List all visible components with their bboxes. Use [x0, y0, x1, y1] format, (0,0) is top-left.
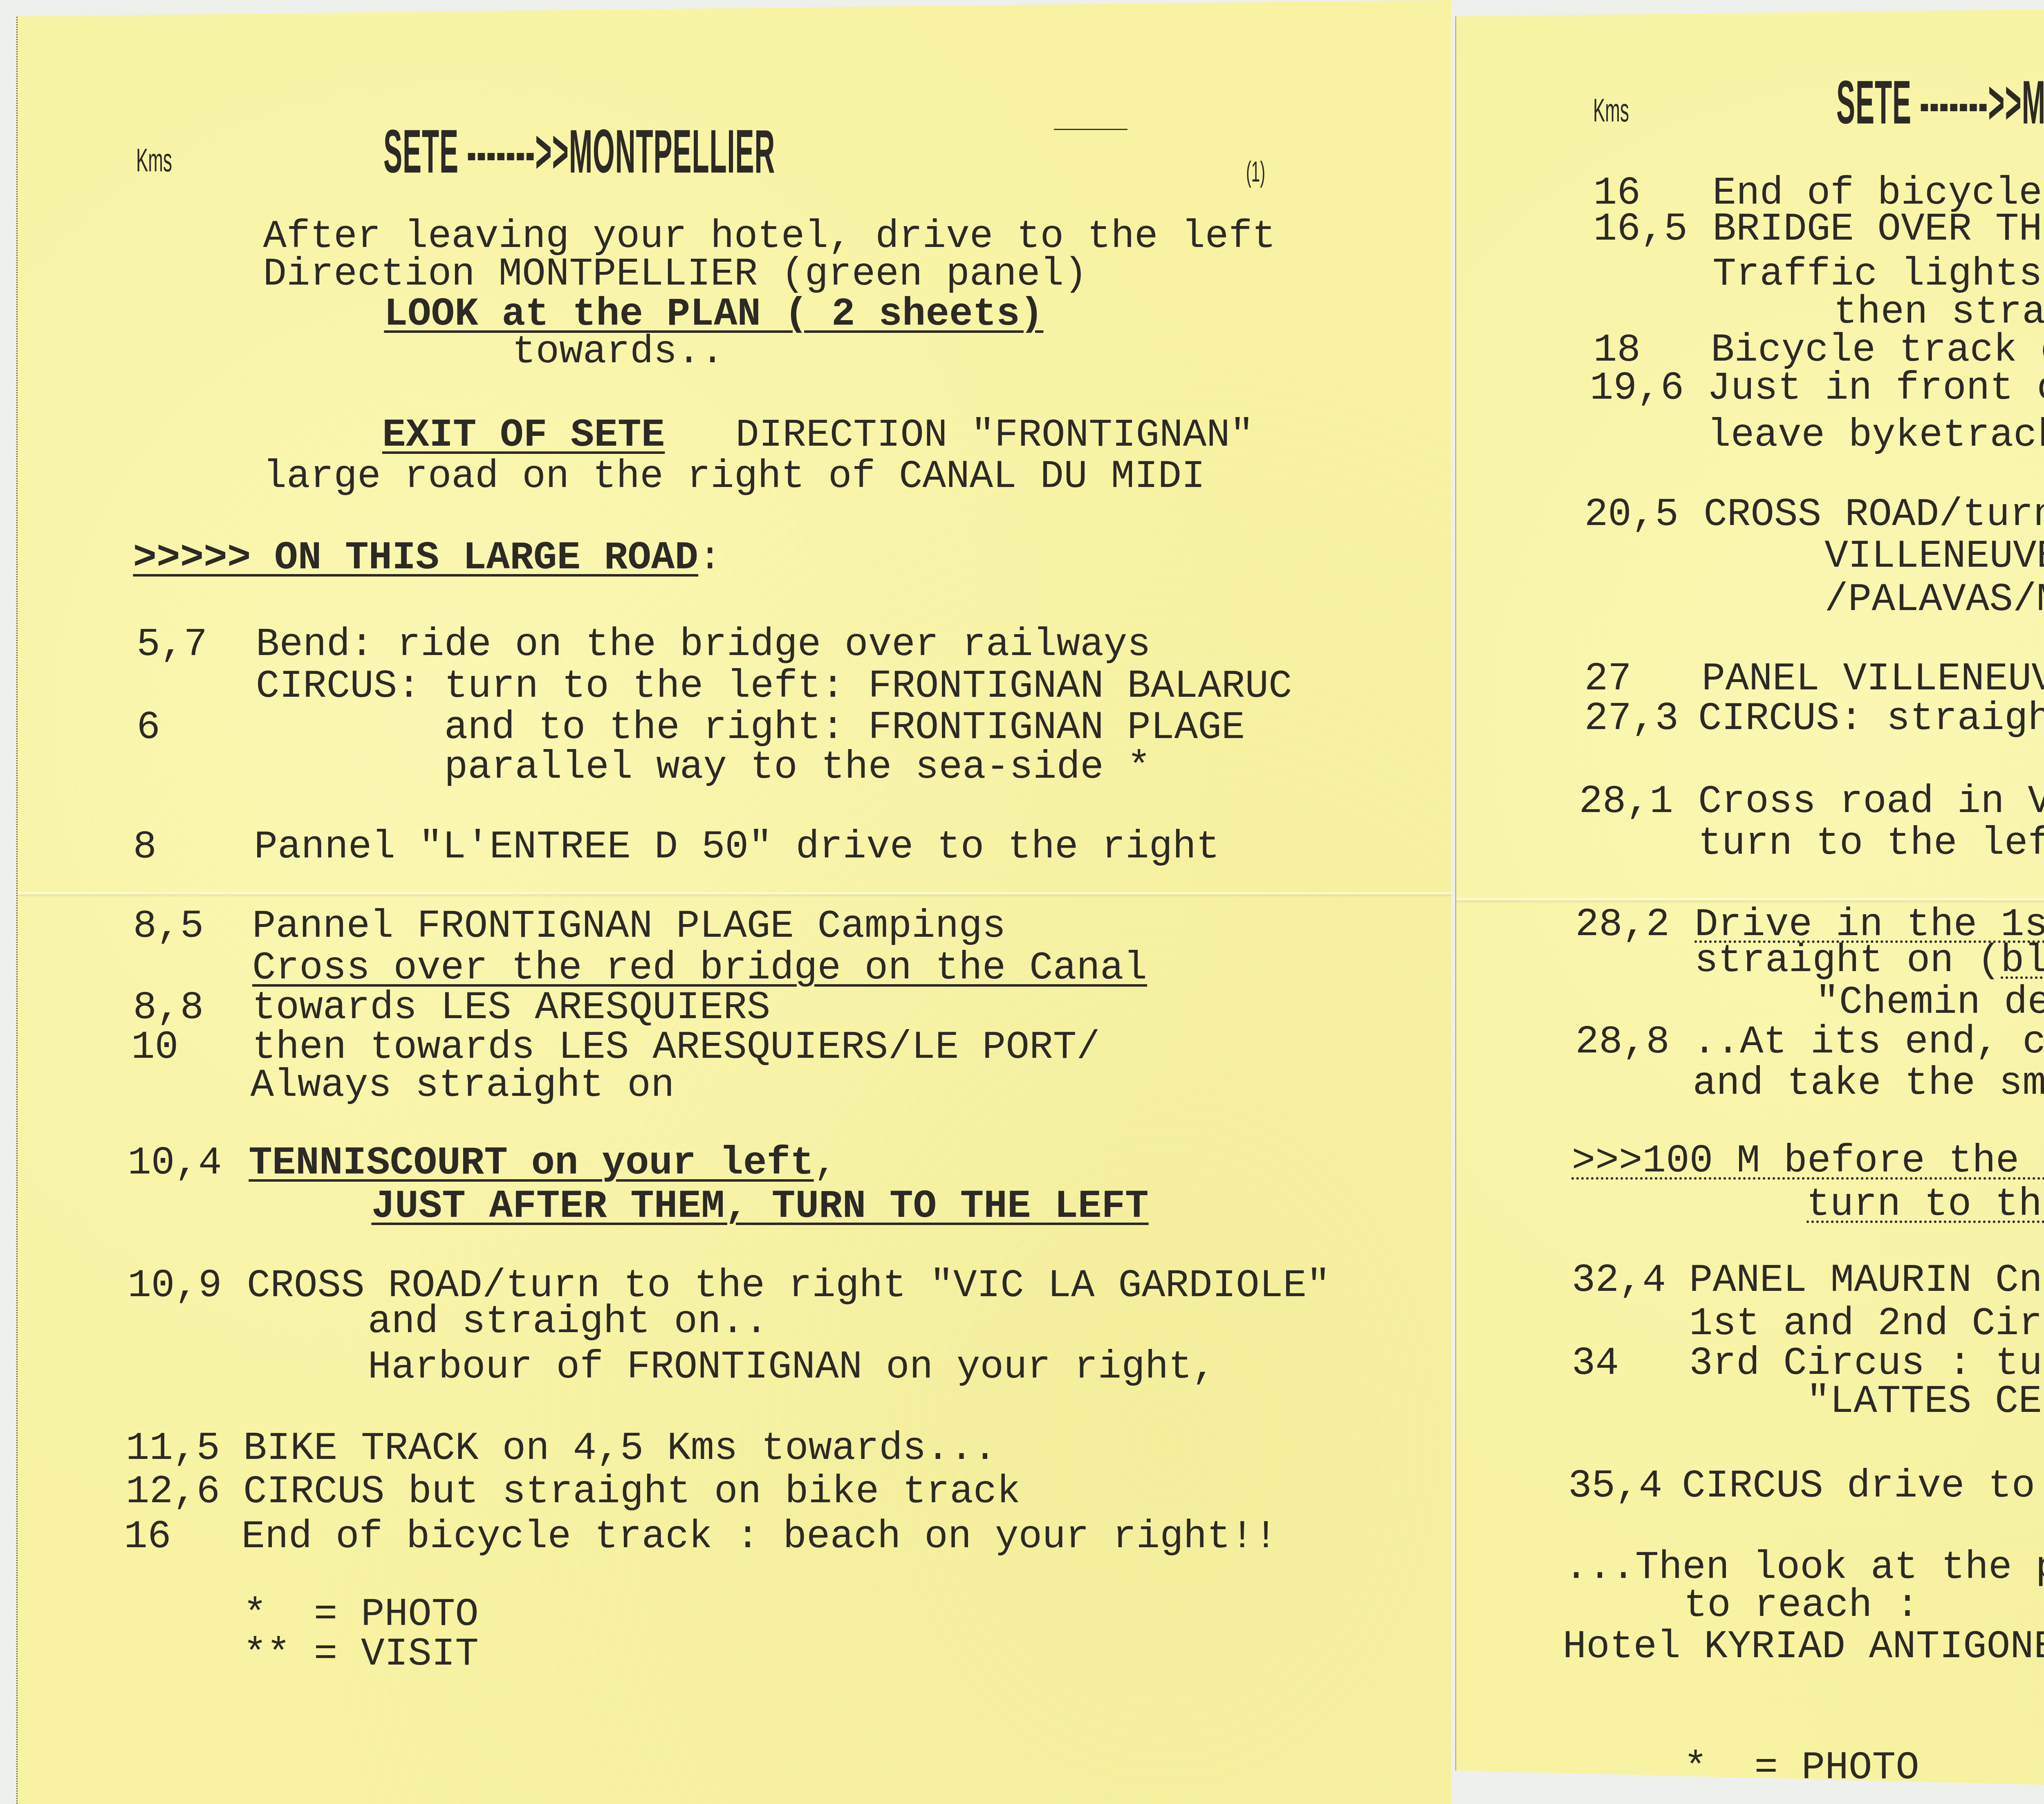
- direction-line: and take the small road just in front: [1693, 1064, 2044, 1103]
- direction-line: Traffic lights: cross over the bridge *: [1712, 255, 2044, 294]
- direction-text: "LATTES CENTRE""Gendarmerie": [1806, 1379, 2044, 1424]
- direction-line: Cross road in VILLENEUVE LES MAGUELONNE:: [1698, 782, 2044, 821]
- kms-column-label: Kms: [1593, 94, 1629, 127]
- direction-line: Pannel FRONTIGNAN PLAGE Campings: [252, 907, 1006, 946]
- direction-text: CIRCUS but straight on bike track: [243, 1470, 1020, 1514]
- direction-text: VILLENEUVE LES MAGUELONNE: [1824, 534, 2044, 579]
- directions-sheet-2: Kms SETE ------->>MONTPELLIER (2) 16End …: [1455, 0, 2044, 1804]
- direction-line: CIRCUS but straight on bike track: [243, 1472, 1020, 1512]
- direction-text: Pannel "L'ENTREE D 50" drive to the righ…: [254, 825, 1219, 869]
- direction-line: TENNISCOURT on your left,: [249, 1144, 837, 1183]
- direction-text: BIKE TRACK on 4,5 Kms towards...: [243, 1426, 997, 1471]
- direction-text: leave byketrack to drive on the right: [1707, 413, 2044, 458]
- direction-line: turn to the right >> MAURIN: [1806, 1185, 2044, 1224]
- km-marker: 10: [131, 1028, 178, 1067]
- direction-line: EXIT OF SETE DIRECTION "FRONTIGNAN": [382, 416, 1254, 455]
- direction-line: 3rd Circus : turn to the right :: [1689, 1344, 2044, 1383]
- direction-text: CIRCUS: straight on: [1698, 696, 2044, 741]
- direction-line: VILLENEUVE LES MAGUELONNE: [1824, 537, 2044, 576]
- direction-line: then towards LES ARESQUIERS/LE PORT/: [252, 1028, 1100, 1067]
- direction-line: BIKE TRACK on 4,5 Kms towards...: [243, 1429, 997, 1468]
- direction-text: towards LES ARESQUIERS: [252, 985, 770, 1030]
- km-marker: 11,5: [126, 1429, 220, 1468]
- direction-text: TENNISCOURT on your left: [249, 1141, 814, 1185]
- direction-line: Pannel "L'ENTREE D 50" drive to the righ…: [254, 828, 1219, 867]
- direction-line: JUST AFTER THEM, TURN TO THE LEFT: [371, 1187, 1148, 1226]
- km-marker: 34: [1572, 1344, 1619, 1383]
- direction-line: "LATTES CENTRE""Gendarmerie": [1806, 1382, 2044, 1421]
- direction-text: Always straight on: [251, 1063, 675, 1108]
- direction-text: to reach :: [1684, 1583, 1919, 1628]
- direction-line: Bicycle track on your left: use it !!: [1711, 331, 2044, 370]
- direction-line: Cross over the red bridge on the Canal: [252, 949, 1147, 988]
- direction-line: * = PHOTO: [1684, 1748, 1919, 1788]
- direction-text: and to the right: FRONTIGNAN PLAGE: [256, 705, 1245, 750]
- pen-mark: [1054, 129, 1127, 130]
- km-marker: 19,6: [1590, 369, 1684, 408]
- direction-line: parallel way to the sea-side *: [256, 748, 1151, 787]
- km-marker: 18: [1594, 331, 1641, 370]
- direction-line: Hotel KYRIAD ANTIGONE: [1563, 1627, 2044, 1667]
- km-marker: 5,7: [137, 625, 207, 664]
- km-marker: 16,5: [1594, 210, 1688, 249]
- direction-text: /PALAVAS/MIREVAL always straight on: [1824, 577, 2044, 622]
- page-title: SETE ------->>MONTPELLIER: [1836, 72, 2044, 133]
- direction-line: LOOK at the PLAN ( 2 sheets): [384, 295, 1043, 334]
- direction-text: * = PHOTO: [1684, 1746, 1919, 1790]
- direction-text: BRIDGE OVER THE CANAL DU MIDI/: [1712, 207, 2044, 251]
- direction-line: After leaving your hotel, drive to the l…: [263, 217, 1275, 256]
- direction-line: CIRCUS: straight on: [1698, 699, 2044, 738]
- direction-line: CIRCUS drive to the right "LATTES CENTRE…: [1682, 1467, 2044, 1506]
- direction-text: >>>100 M before the pannel STOP/ !! :: [1572, 1139, 2044, 1183]
- direction-text: PANEL MAURIN Cne de LATTES: [1689, 1258, 2044, 1303]
- direction-text: Harbour of FRONTIGNAN on your right,: [368, 1345, 1216, 1389]
- direction-line: ** = VISIT: [243, 1635, 479, 1674]
- direction-line: Always straight on: [251, 1066, 675, 1105]
- direction-text: * = PHOTO: [243, 1592, 479, 1637]
- direction-line: large road on the right of CANAL DU MIDI: [263, 457, 1205, 496]
- direction-text: parallel way to the sea-side *: [256, 745, 1151, 790]
- km-marker: 27,3: [1585, 699, 1679, 738]
- direction-text-suffix: DIRECTION "FRONTIGNAN": [665, 413, 1253, 458]
- direction-text: CIRCUS: turn to the left: FRONTIGNAN BAL…: [256, 664, 1292, 709]
- direction-line: Just in front of VIC LA GARDIOLE:: [1707, 369, 2044, 408]
- direction-line: leave byketrack to drive on the right: [1707, 416, 2044, 455]
- km-marker: 10,4: [128, 1144, 222, 1183]
- direction-line: Direction MONTPELLIER (green panel): [263, 255, 1087, 294]
- km-marker: 20,5: [1585, 495, 1679, 534]
- direction-line: ..At its end, cross over the main road: [1693, 1023, 2044, 1062]
- direction-text: Bend: ride on the bridge over railways: [256, 622, 1151, 667]
- direction-line: End of bicycle track : beach on your rig…: [241, 1517, 1277, 1557]
- direction-text: and straight on..: [368, 1299, 768, 1344]
- direction-text: Just in front of VIC LA GARDIOLE:: [1707, 366, 2044, 411]
- direction-line: >>>>> ON THIS LARGE ROAD:: [133, 539, 722, 578]
- direction-text: "Chemin de la Mosson": [1815, 980, 2044, 1025]
- direction-line: turn to the left " Z A E du Lazaret D 18…: [1698, 824, 2044, 863]
- directions-sheet-1: Kms SETE ------->>MONTPELLIER (1) After …: [16, 0, 1451, 1804]
- km-marker: 35,4: [1568, 1467, 1662, 1506]
- page-title: SETE ------->>MONTPELLIER: [383, 121, 775, 182]
- km-marker: 12,6: [126, 1472, 220, 1512]
- direction-text-underlined: blind street: [2001, 938, 2044, 983]
- direction-line: and straight on..: [368, 1302, 768, 1342]
- direction-text: EXIT OF SETE: [382, 413, 665, 458]
- km-marker: 28,2: [1576, 905, 1670, 945]
- direction-line: CIRCUS: turn to the left: FRONTIGNAN BAL…: [256, 667, 1292, 706]
- km-marker: 8: [133, 828, 157, 867]
- direction-text: Hotel KYRIAD ANTIGONE: [1563, 1624, 2044, 1669]
- direction-text: PANEL VILLENEUVE LES MAGUELONNE: [1702, 657, 2044, 701]
- direction-line: /PALAVAS/MIREVAL always straight on: [1824, 580, 2044, 619]
- direction-line: Bend: ride on the bridge over railways: [256, 625, 1151, 664]
- direction-text: >>>>> ON THIS LARGE ROAD: [133, 536, 698, 580]
- direction-line: straight on (blind street): [1694, 941, 2044, 981]
- direction-text: 1st and 2nd Circus:direction "MONTPELLIE…: [1689, 1301, 2044, 1346]
- km-marker: 10,9: [128, 1266, 222, 1306]
- direction-line: to reach :: [1684, 1586, 1919, 1625]
- direction-text: Cross over the red bridge on the Canal: [252, 946, 1147, 990]
- direction-text: towards..: [512, 330, 724, 374]
- direction-text: CIRCUS drive to the right "LATTES CENTRE…: [1682, 1464, 2044, 1508]
- page-number: (1): [1246, 155, 1265, 188]
- direction-line: towards LES ARESQUIERS: [252, 988, 770, 1028]
- direction-text: turn to the right >> MAURIN: [1806, 1182, 2044, 1227]
- direction-text: Cross road in VILLENEUVE LES MAGUELONNE:: [1698, 779, 2044, 824]
- km-marker: 16: [124, 1517, 171, 1557]
- direction-line: >>>100 M before the pannel STOP/ !! :: [1572, 1142, 2044, 1181]
- paper-fold: [18, 891, 1451, 897]
- direction-line: PANEL MAURIN Cne de LATTES: [1689, 1261, 2044, 1300]
- direction-text: straight on (: [1694, 938, 2001, 983]
- direction-line: BRIDGE OVER THE CANAL DU MIDI/: [1712, 210, 2044, 249]
- direction-line: then straight on: [1833, 293, 2044, 332]
- direction-text: large road on the right of CANAL DU MIDI: [263, 454, 1205, 499]
- direction-text: Pannel FRONTIGNAN PLAGE Campings: [252, 904, 1006, 949]
- direction-line: * = PHOTO: [243, 1595, 479, 1634]
- km-marker: 6: [137, 708, 160, 747]
- km-marker: 8,5: [133, 907, 204, 946]
- kms-column-label: Kms: [136, 144, 172, 177]
- direction-line: ...Then look at the picture and the plan: [1564, 1548, 2044, 1587]
- km-marker: 28,8: [1576, 1023, 1670, 1062]
- direction-text: Direction MONTPELLIER (green panel): [263, 252, 1087, 296]
- direction-line: towards..: [512, 332, 724, 372]
- km-marker: 8,8: [133, 988, 204, 1028]
- km-marker: 28,1: [1579, 782, 1673, 821]
- direction-line: and to the right: FRONTIGNAN PLAGE: [256, 708, 1245, 747]
- km-marker: 27: [1585, 660, 1632, 699]
- direction-text: CROSS ROAD/turn to the right towards: [1703, 492, 2044, 537]
- direction-text: ..At its end, cross over the main road: [1693, 1020, 2044, 1064]
- direction-line: "Chemin de la Mosson": [1815, 983, 2044, 1022]
- direction-text: and take the small road just in front: [1693, 1061, 2044, 1106]
- direction-text-suffix: :: [698, 536, 722, 580]
- direction-line: PANEL VILLENEUVE LES MAGUELONNE: [1702, 660, 2044, 699]
- direction-text: End of bicycle track : beach on your rig…: [241, 1515, 1277, 1559]
- direction-text: ** = VISIT: [243, 1632, 479, 1676]
- direction-text: JUST AFTER THEM, TURN TO THE LEFT: [371, 1184, 1148, 1229]
- direction-text-suffix: ,: [814, 1141, 838, 1185]
- direction-text: turn to the left " Z A E du Lazaret D 18…: [1698, 821, 2044, 866]
- direction-line: 1st and 2nd Circus:direction "MONTPELLIE…: [1689, 1304, 2044, 1344]
- km-marker: 32,4: [1572, 1261, 1666, 1300]
- direction-line: Harbour of FRONTIGNAN on your right,: [368, 1348, 1216, 1387]
- direction-line: CROSS ROAD/turn to the right towards: [1703, 495, 2044, 534]
